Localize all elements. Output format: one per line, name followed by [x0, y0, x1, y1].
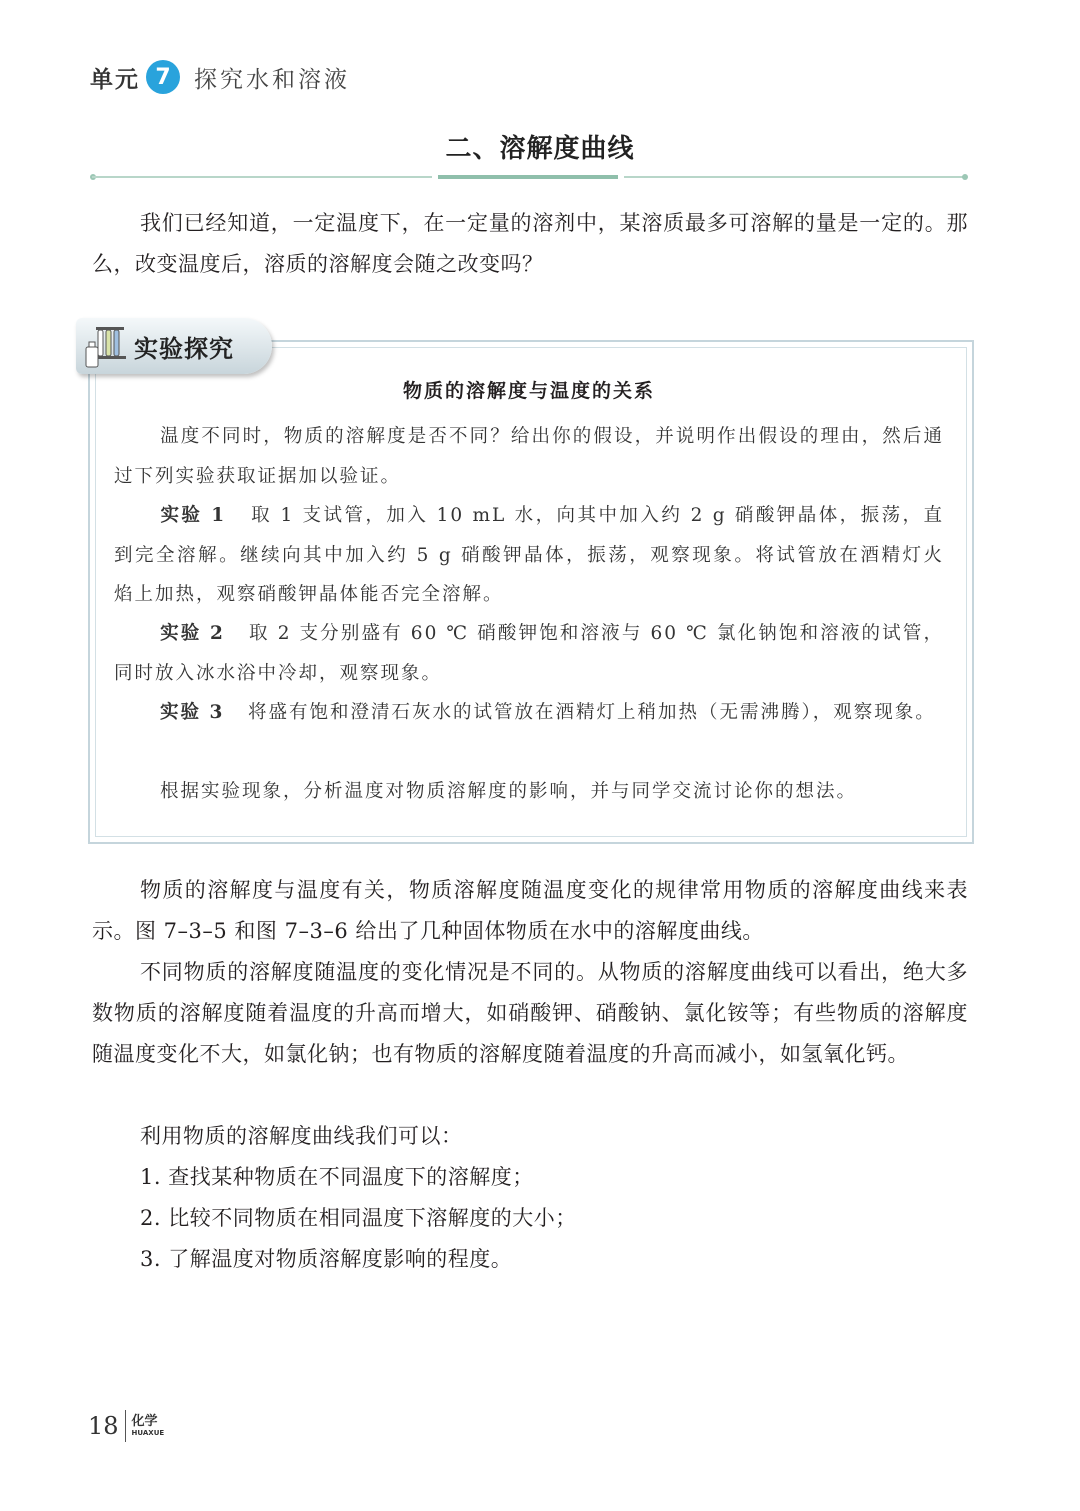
experiment-title: 物质的溶解度与温度的关系	[88, 376, 970, 403]
use-item-3: 3. 了解温度对物质溶解度影响的程度。	[140, 1239, 512, 1280]
section-title: 二、溶解度曲线	[0, 128, 1080, 165]
unit-title: 探究水和溶液	[194, 61, 350, 94]
page-number: 18	[88, 1412, 119, 1440]
divider-center	[438, 175, 618, 179]
subject-label: 化学 HUAXUE	[132, 1415, 165, 1437]
experiment-conclusion: 根据实验现象，分析温度对物质溶解度的影响，并与同学交流讨论你的想法。	[114, 772, 944, 812]
experiment-badge: 实验探究	[76, 318, 272, 374]
body-paragraph-2: 不同物质的溶解度随温度的变化情况是不同的。从物质的溶解度曲线可以看出，绝大多数物…	[92, 952, 968, 1075]
use-item-1: 1. 查找某种物质在不同温度下的溶解度；	[140, 1157, 534, 1198]
intro-paragraph: 我们已经知道，一定温度下，在一定量的溶剂中，某溶质最多可溶解的量是一定的。那么，…	[92, 203, 968, 285]
unit-number-badge: 7	[146, 60, 180, 94]
test-tubes-icon	[84, 323, 128, 369]
experiment-3: 实验 3 将盛有饱和澄清石灰水的试管放在酒精灯上稍加热（无需沸腾），观察现象。	[114, 693, 944, 733]
use-item-2: 2. 比较不同物质在相同温度下溶解度的大小；	[140, 1198, 577, 1239]
badge-label: 实验探究	[134, 329, 234, 364]
divider-right	[624, 176, 964, 178]
experiment-1: 实验 1 取 1 支试管，加入 10 mL 水，向其中加入约 2 g 硝酸钾晶体…	[114, 496, 944, 615]
body-paragraph-1: 物质的溶解度与温度有关，物质溶解度随温度变化的规律常用物质的溶解度曲线来表示。图…	[92, 870, 968, 952]
experiment-question: 温度不同时，物质的溶解度是否不同？给出你的假设，并说明作出假设的理由，然后通过下…	[114, 417, 944, 496]
unit-header: 单元 7 探究水和溶液	[90, 60, 350, 94]
body-paragraph-3: 利用物质的溶解度曲线我们可以：	[92, 1116, 968, 1157]
divider-left	[92, 176, 432, 178]
unit-label: 单元	[90, 61, 140, 94]
experiment-2: 实验 2 取 2 支分别盛有 60 ℃ 硝酸钾饱和溶液与 60 ℃ 氯化钠饱和溶…	[114, 614, 944, 693]
footer-separator	[125, 1410, 126, 1442]
page-footer: 18 化学 HUAXUE	[88, 1410, 164, 1442]
rule-dot	[962, 174, 968, 180]
